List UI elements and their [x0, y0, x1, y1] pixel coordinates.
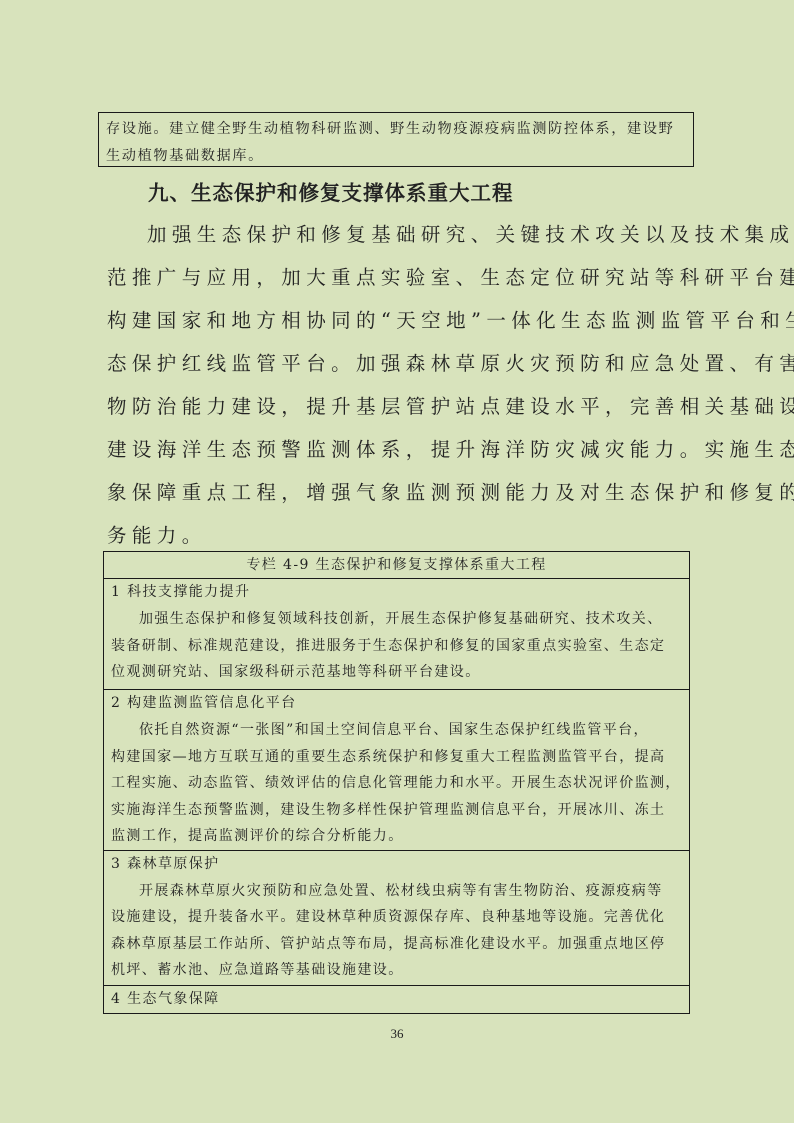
- paragraph-line: 建设海洋生态预警监测体系，提升海洋防灾减灾能力。实施生态气: [107, 428, 699, 471]
- text-line: 存设施。建立健全野生动植物科研监测、野生动物疫源疫病监测防控体系，建设野: [106, 116, 687, 143]
- section-heading: 九、生态保护和修复支撑体系重大工程: [148, 178, 514, 208]
- continued-text-box: 存设施。建立健全野生动植物科研监测、野生动物疫源疫病监测防控体系，建设野 生动植…: [98, 112, 694, 167]
- table-title-row: 专栏 4-9 生态保护和修复支撑体系重大工程: [104, 552, 690, 579]
- row-line: 开展森林草原火灾预防和应急处置、松材线虫病等有害生物防治、疫源疫病等: [111, 878, 683, 905]
- feature-table: 专栏 4-9 生态保护和修复支撑体系重大工程 1 科技支撑能力提升 加强生态保护…: [103, 551, 690, 1014]
- table-row: 2 构建监测监管信息化平台 依托自然资源“一张图”和国土空间信息平台、国家生态保…: [104, 690, 690, 851]
- row-title: 2 构建监测监管信息化平台: [111, 690, 683, 717]
- paragraph-line: 物防治能力建设，提升基层管护站点建设水平，完善相关基础设施。: [107, 385, 699, 428]
- row-line: 设施建设，提升装备水平。建设林草种质资源保存库、良种基地等设施。完善优化: [111, 904, 683, 931]
- row-title: 3 森林草原保护: [111, 851, 683, 878]
- row-line: 工程实施、动态监管、绩效评估的信息化管理能力和水平。开展生态状况评价监测，: [111, 770, 683, 797]
- table-row: 1 科技支撑能力提升 加强生态保护和修复领域科技创新，开展生态保护修复基础研究、…: [104, 579, 690, 690]
- paragraph-line: 加强生态保护和修复基础研究、关键技术攻关以及技术集成示: [107, 213, 699, 256]
- table-cell: 4 生态气象保障: [104, 985, 690, 1013]
- row-line: 依托自然资源“一张图”和国土空间信息平台、国家生态保护红线监管平台，: [111, 717, 683, 744]
- paragraph-line: 象保障重点工程，增强气象监测预测能力及对生态保护和修复的服: [107, 471, 699, 514]
- row-line: 机坪、蓄水池、应急道路等基础设施建设。: [111, 957, 683, 984]
- table-cell: 3 森林草原保护 开展森林草原火灾预防和应急处置、松材线虫病等有害生物防治、疫源…: [104, 850, 690, 985]
- row-line: 位观测研究站、国家级科研示范基地等科研平台建设。: [111, 659, 683, 686]
- row-body: 开展森林草原火灾预防和应急处置、松材线虫病等有害生物防治、疫源疫病等 设施建设，…: [111, 878, 683, 984]
- row-line: 装备研制、标准规范建设，推进服务于生态保护和修复的国家重点实验室、生态定: [111, 633, 683, 660]
- paragraph-line: 态保护红线监管平台。加强森林草原火灾预防和应急处置、有害生: [107, 342, 699, 385]
- table-cell: 2 构建监测监管信息化平台 依托自然资源“一张图”和国土空间信息平台、国家生态保…: [104, 690, 690, 851]
- table-row: 3 森林草原保护 开展森林草原火灾预防和应急处置、松材线虫病等有害生物防治、疫源…: [104, 850, 690, 985]
- row-line: 监测工作，提高监测评价的综合分析能力。: [111, 823, 683, 850]
- text-line: 生动植物基础数据库。: [106, 143, 687, 170]
- row-title: 1 科技支撑能力提升: [111, 579, 683, 606]
- row-line: 加强生态保护和修复领域科技创新，开展生态保护修复基础研究、技术攻关、: [111, 606, 683, 633]
- row-line: 构建国家—地方互联互通的重要生态系统保护和修复重大工程监测监管平台，提高: [111, 744, 683, 771]
- paragraph-line: 构建国家和地方相协同的“天空地”一体化生态监测监管平台和生: [107, 299, 699, 342]
- table-row: 4 生态气象保障: [104, 985, 690, 1013]
- row-title: 4 生态气象保障: [111, 986, 683, 1013]
- body-paragraph: 加强生态保护和修复基础研究、关键技术攻关以及技术集成示 范推广与应用，加大重点实…: [107, 213, 699, 557]
- row-body: 加强生态保护和修复领域科技创新，开展生态保护修复基础研究、技术攻关、 装备研制、…: [111, 606, 683, 686]
- paragraph-line: 范推广与应用，加大重点实验室、生态定位研究站等科研平台建设。: [107, 256, 699, 299]
- row-line: 森林草原基层工作站所、管护站点等布局，提高标准化建设水平。加强重点地区停: [111, 931, 683, 958]
- row-body: 依托自然资源“一张图”和国土空间信息平台、国家生态保护红线监管平台， 构建国家—…: [111, 717, 683, 850]
- row-line: 实施海洋生态预警监测，建设生物多样性保护管理监测信息平台，开展冰川、冻土: [111, 797, 683, 824]
- table-cell: 1 科技支撑能力提升 加强生态保护和修复领域科技创新，开展生态保护修复基础研究、…: [104, 579, 690, 690]
- page-number: 36: [0, 1026, 794, 1042]
- table-title: 专栏 4-9 生态保护和修复支撑体系重大工程: [104, 552, 690, 579]
